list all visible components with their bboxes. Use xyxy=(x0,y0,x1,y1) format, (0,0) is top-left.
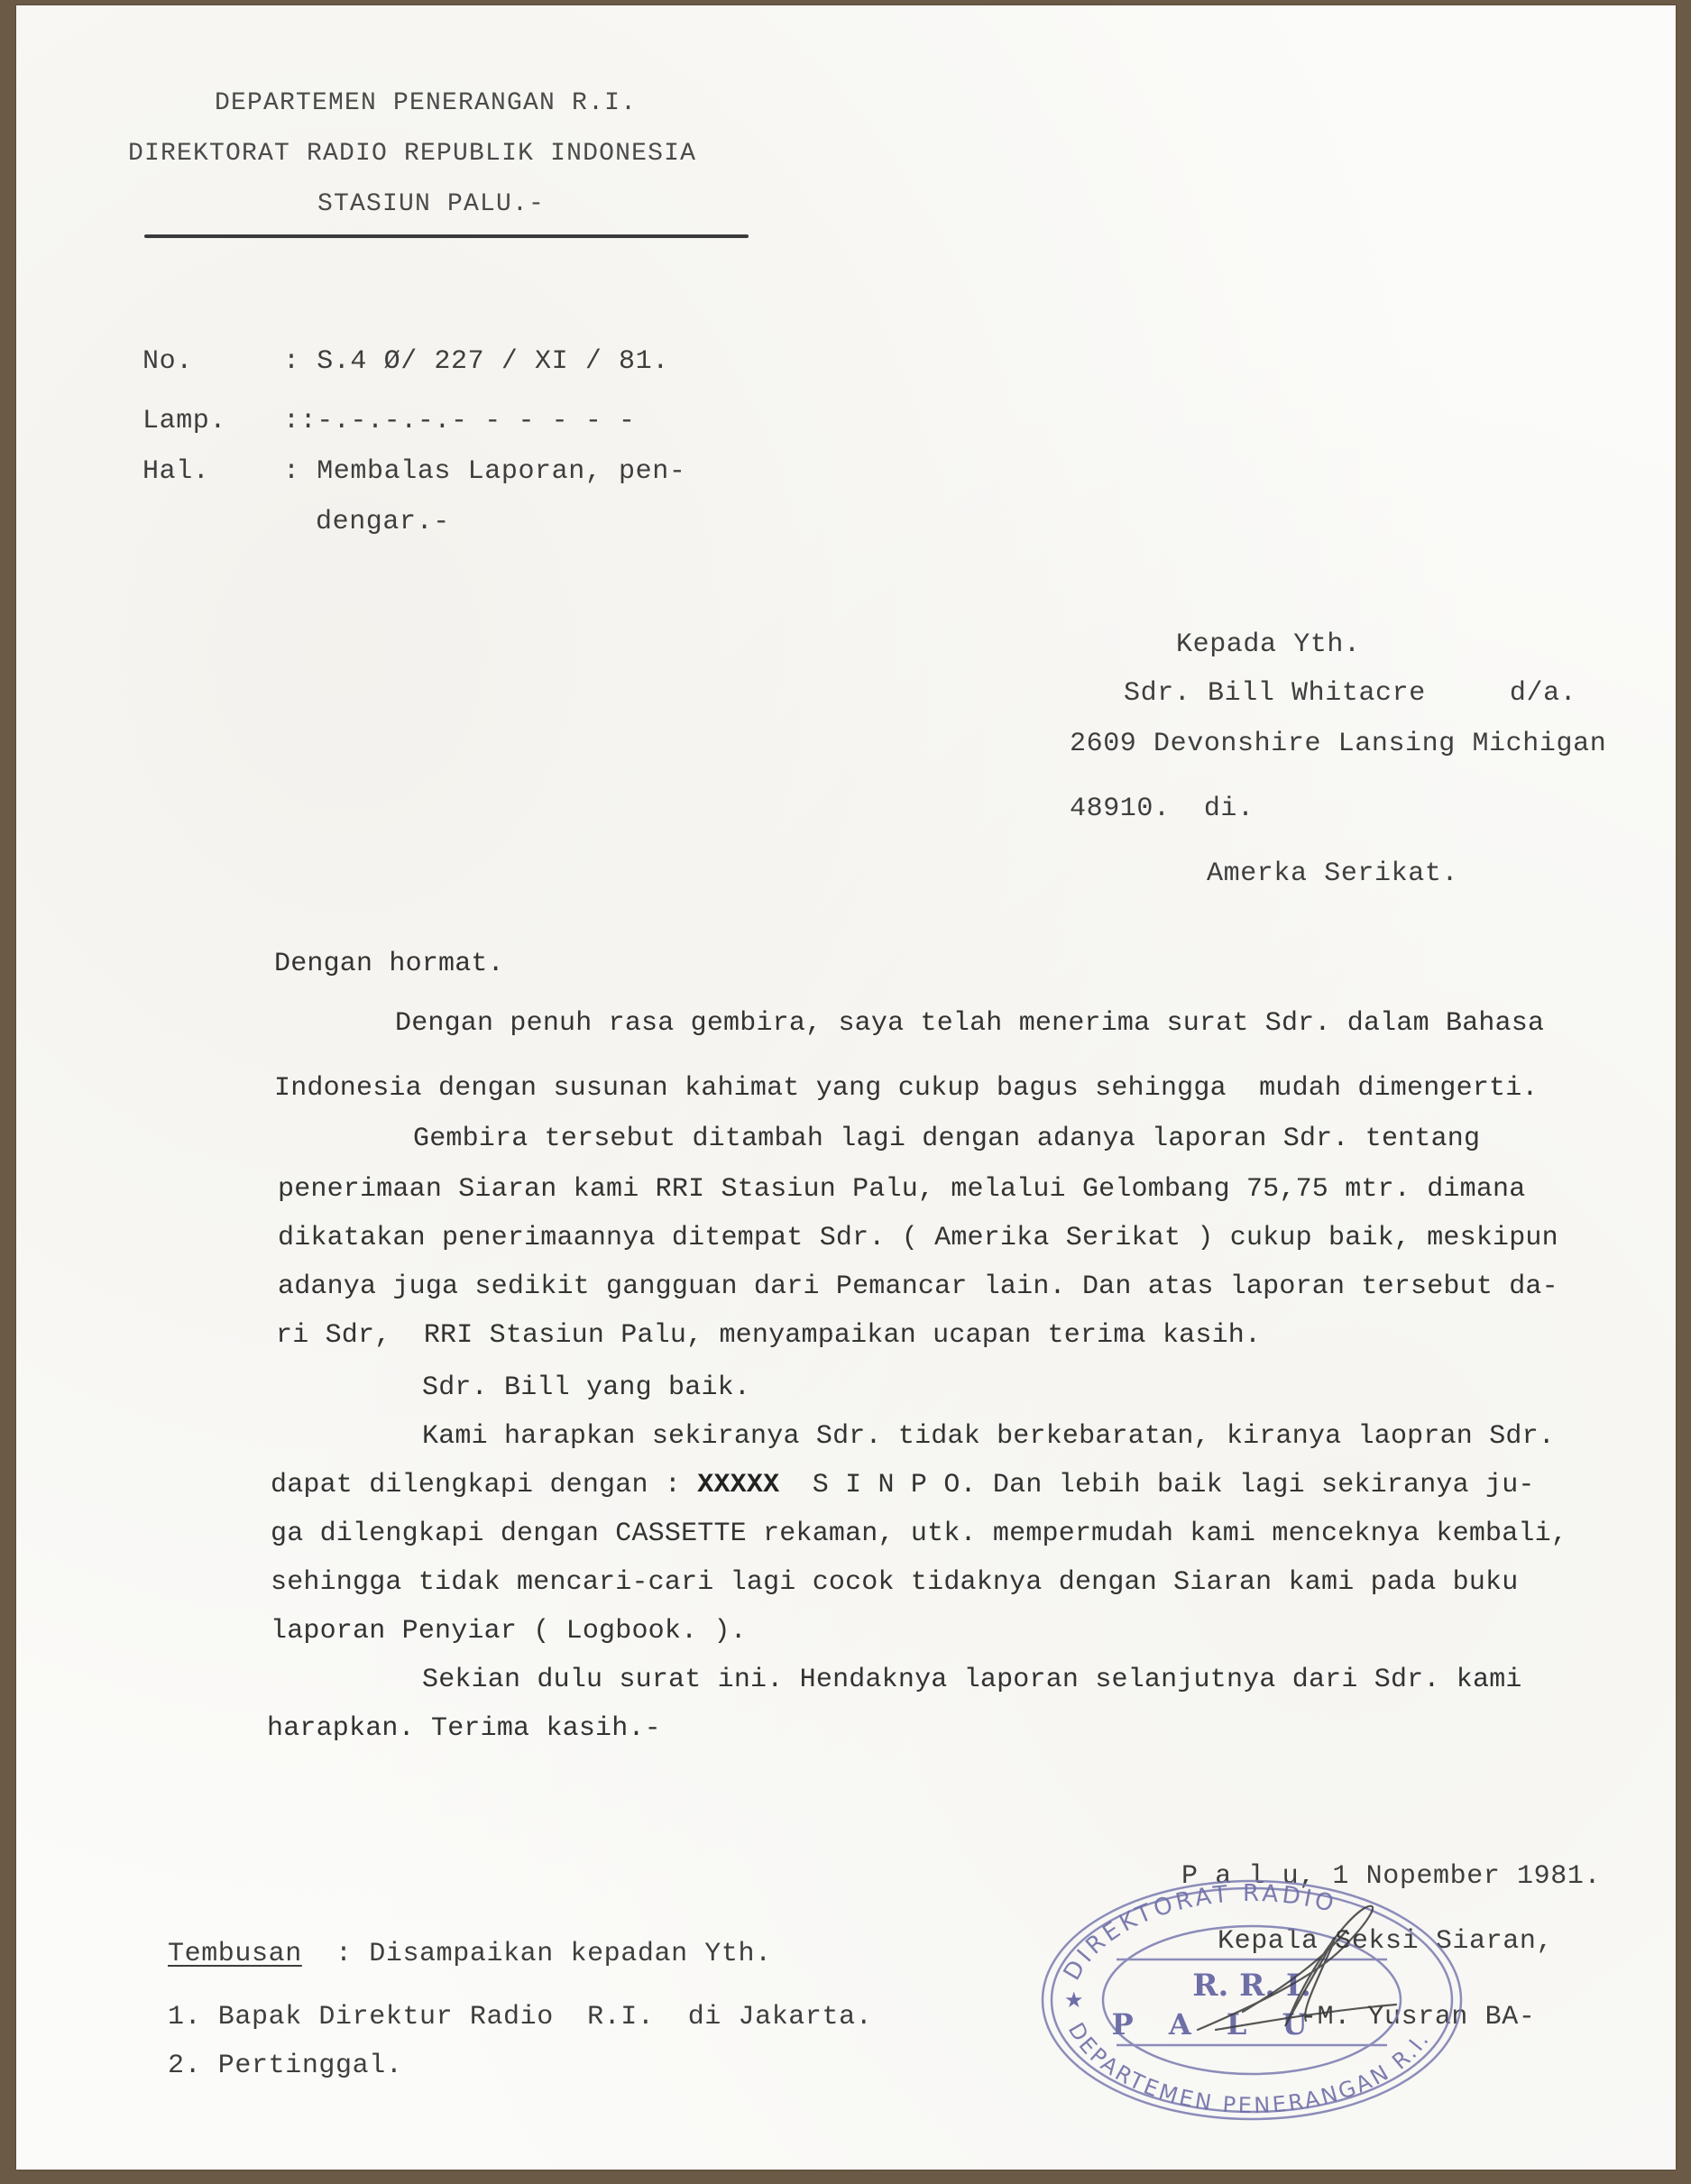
sinpo-suffix: S I N P O. Dan lebih baik lagi sekiranya… xyxy=(779,1470,1534,1500)
body-line: Dengan penuh rasa gembira, saya telah me… xyxy=(395,1008,1544,1039)
body-line: penerimaan Siaran kami RRI Stasiun Palu,… xyxy=(278,1174,1525,1205)
recipient-name: Sdr. Bill Whitacre d/a. xyxy=(1124,678,1576,709)
official-stamp: DIREKTORAT RADIO DEPARTEMEN PENERANGAN R… xyxy=(1035,1874,1468,2126)
letter-page: DEPARTEMEN PENERANGAN R.I. DIREKTORAT RA… xyxy=(16,5,1676,2170)
body-line: laporan Penyiar ( Logbook. ). xyxy=(271,1616,747,1647)
body-line: adanya juga sedikit gangguan dari Pemanc… xyxy=(278,1271,1558,1302)
reference-lamp-label: Lamp. xyxy=(142,406,226,436)
body-line: Indonesia dengan susunan kahimat yang cu… xyxy=(274,1073,1539,1104)
letterhead-divider xyxy=(144,234,749,238)
reference-no-value: : S.4 Ø/ 227 / XI / 81. xyxy=(283,346,669,377)
reference-hal-label: Hal. xyxy=(142,456,209,487)
reference-hal-value-cont: dengar.- xyxy=(316,507,450,537)
sinpo-prefix: dapat dilengkapi dengan : xyxy=(271,1470,697,1500)
recipient-country: Amerka Serikat. xyxy=(1207,858,1458,889)
body-line-sinpo: dapat dilengkapi dengan : XXXXX S I N P … xyxy=(271,1470,1535,1500)
copies-item: 1. Bapak Direktur Radio R.I. di Jakarta. xyxy=(168,2002,872,2033)
copies-item: 2. Pertinggal. xyxy=(168,2051,402,2081)
body-line: dikatakan penerimaannya ditempat Sdr. ( … xyxy=(278,1223,1558,1253)
salutation: Dengan hormat. xyxy=(274,949,504,979)
stamp-center-rri: R. R. I. xyxy=(1192,1968,1311,2004)
letterhead-station: STASIUN PALU.- xyxy=(317,189,545,220)
stamp-star-icon: ★ xyxy=(1064,1987,1084,2013)
body-line: Kami harapkan sekiranya Sdr. tidak berke… xyxy=(422,1421,1555,1452)
reference-hal-value: : Membalas Laporan, pen- xyxy=(283,456,685,487)
body-line: ri Sdr, RRI Stasiun Palu, menyampaikan u… xyxy=(276,1320,1261,1351)
copies-label: Tembusan xyxy=(168,1939,302,1969)
stamp-center-palu: P A L U xyxy=(1112,2007,1320,2042)
copies-intro: : Disampaikan kepadan Yth. xyxy=(302,1939,772,1969)
recipient-postcode: 48910. di. xyxy=(1070,794,1254,824)
letterhead-department: DEPARTEMEN PENERANGAN R.I. xyxy=(215,88,637,119)
body-line: Sdr. Bill yang baik. xyxy=(422,1372,750,1403)
body-line: Sekian dulu surat ini. Hendaknya laporan… xyxy=(422,1665,1522,1695)
recipient-address: 2609 Devonshire Lansing Michigan xyxy=(1070,729,1606,759)
letterhead-directorate: DIREKTORAT RADIO REPUBLIK INDONESIA xyxy=(128,139,696,170)
reference-lamp-value: ::-.-.-.-.- - - - - - xyxy=(283,406,636,436)
body-line: sehingga tidak mencari-cari lagi cocok t… xyxy=(271,1567,1518,1598)
body-line: Gembira tersebut ditambah lagi dengan ad… xyxy=(413,1124,1480,1154)
body-line: ga dilengkapi dengan CASSETTE rekaman, u… xyxy=(271,1519,1567,1549)
copies-block: Tembusan : Disampaikan kepadan Yth. xyxy=(168,1939,772,1969)
reference-no-label: No. xyxy=(142,346,193,377)
body-line: harapkan. Terima kasih.- xyxy=(267,1713,661,1744)
recipient-greeting: Kepada Yth. xyxy=(1176,629,1361,660)
struck-text: XXXXX xyxy=(697,1470,779,1500)
